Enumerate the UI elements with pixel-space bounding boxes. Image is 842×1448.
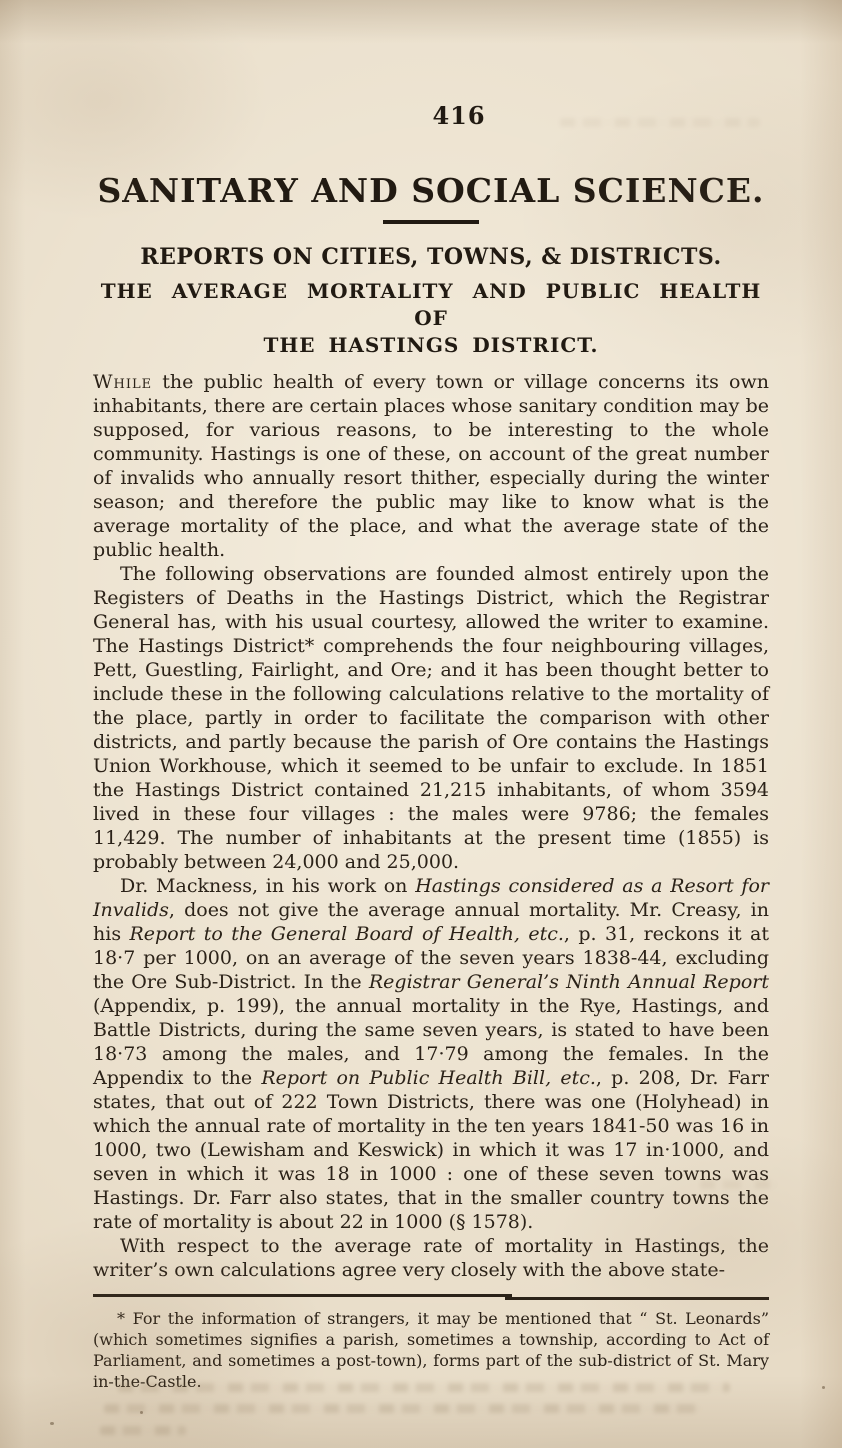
smallcaps-text-run: While bbox=[93, 371, 152, 393]
subheading-line-2: THE HASTINGS DISTRICT. bbox=[93, 332, 769, 359]
italic-text-run: Report on Public Health Bill, etc. bbox=[261, 1067, 596, 1089]
paper-fleck bbox=[822, 1386, 825, 1389]
italic-text-run: Registrar General’s Ninth Annual Report bbox=[369, 971, 769, 993]
subheading-line-1: THE AVERAGE MORTALITY AND PUBLIC HEALTH … bbox=[93, 278, 769, 332]
paragraph: Dr. Mackness, in his work on Hastings co… bbox=[93, 874, 769, 1234]
paper-fleck bbox=[140, 1411, 143, 1414]
text-run: , p. 208, Dr. Farr states, that out of 2… bbox=[93, 1067, 769, 1233]
title-divider-rule bbox=[383, 220, 479, 224]
text-run: The following observations are founded a… bbox=[93, 563, 769, 873]
paragraph: With respect to the average rate of mort… bbox=[93, 1234, 769, 1282]
footnote-rule-right-segment bbox=[505, 1297, 769, 1300]
footnote-rule-left-segment bbox=[93, 1294, 512, 1297]
article-title: SANITARY AND SOCIAL SCIENCE. bbox=[93, 171, 769, 211]
text-run: Dr. Mackness, in his work on bbox=[120, 875, 415, 897]
footnote-rule bbox=[93, 1294, 769, 1301]
italic-text-run: Report to the General Board of Health, e… bbox=[129, 923, 563, 945]
text-run: the public health of every town or villa… bbox=[93, 371, 769, 561]
scanned-book-page: 416 SANITARY AND SOCIAL SCIENCE. REPORTS… bbox=[0, 0, 842, 1448]
page-number: 416 bbox=[121, 103, 797, 129]
paper-fleck bbox=[50, 1422, 54, 1425]
show-through-text-artifact bbox=[100, 1426, 186, 1435]
section-heading: REPORTS ON CITIES, TOWNS, & DISTRICTS. bbox=[93, 244, 769, 271]
paragraph: The following observations are founded a… bbox=[93, 562, 769, 874]
article-subheading: THE AVERAGE MORTALITY AND PUBLIC HEALTH … bbox=[93, 278, 769, 359]
footnote: * For the information of strangers, it m… bbox=[93, 1308, 769, 1392]
paragraph: While the public health of every town or… bbox=[93, 370, 769, 562]
text-column: 416 SANITARY AND SOCIAL SCIENCE. REPORTS… bbox=[93, 103, 769, 1392]
show-through-text-artifact bbox=[104, 1404, 702, 1413]
article-body: While the public health of every town or… bbox=[93, 370, 769, 1282]
text-run: With respect to the average rate of mort… bbox=[93, 1235, 769, 1281]
text-run: * For the information of strangers, it m… bbox=[93, 1309, 769, 1391]
